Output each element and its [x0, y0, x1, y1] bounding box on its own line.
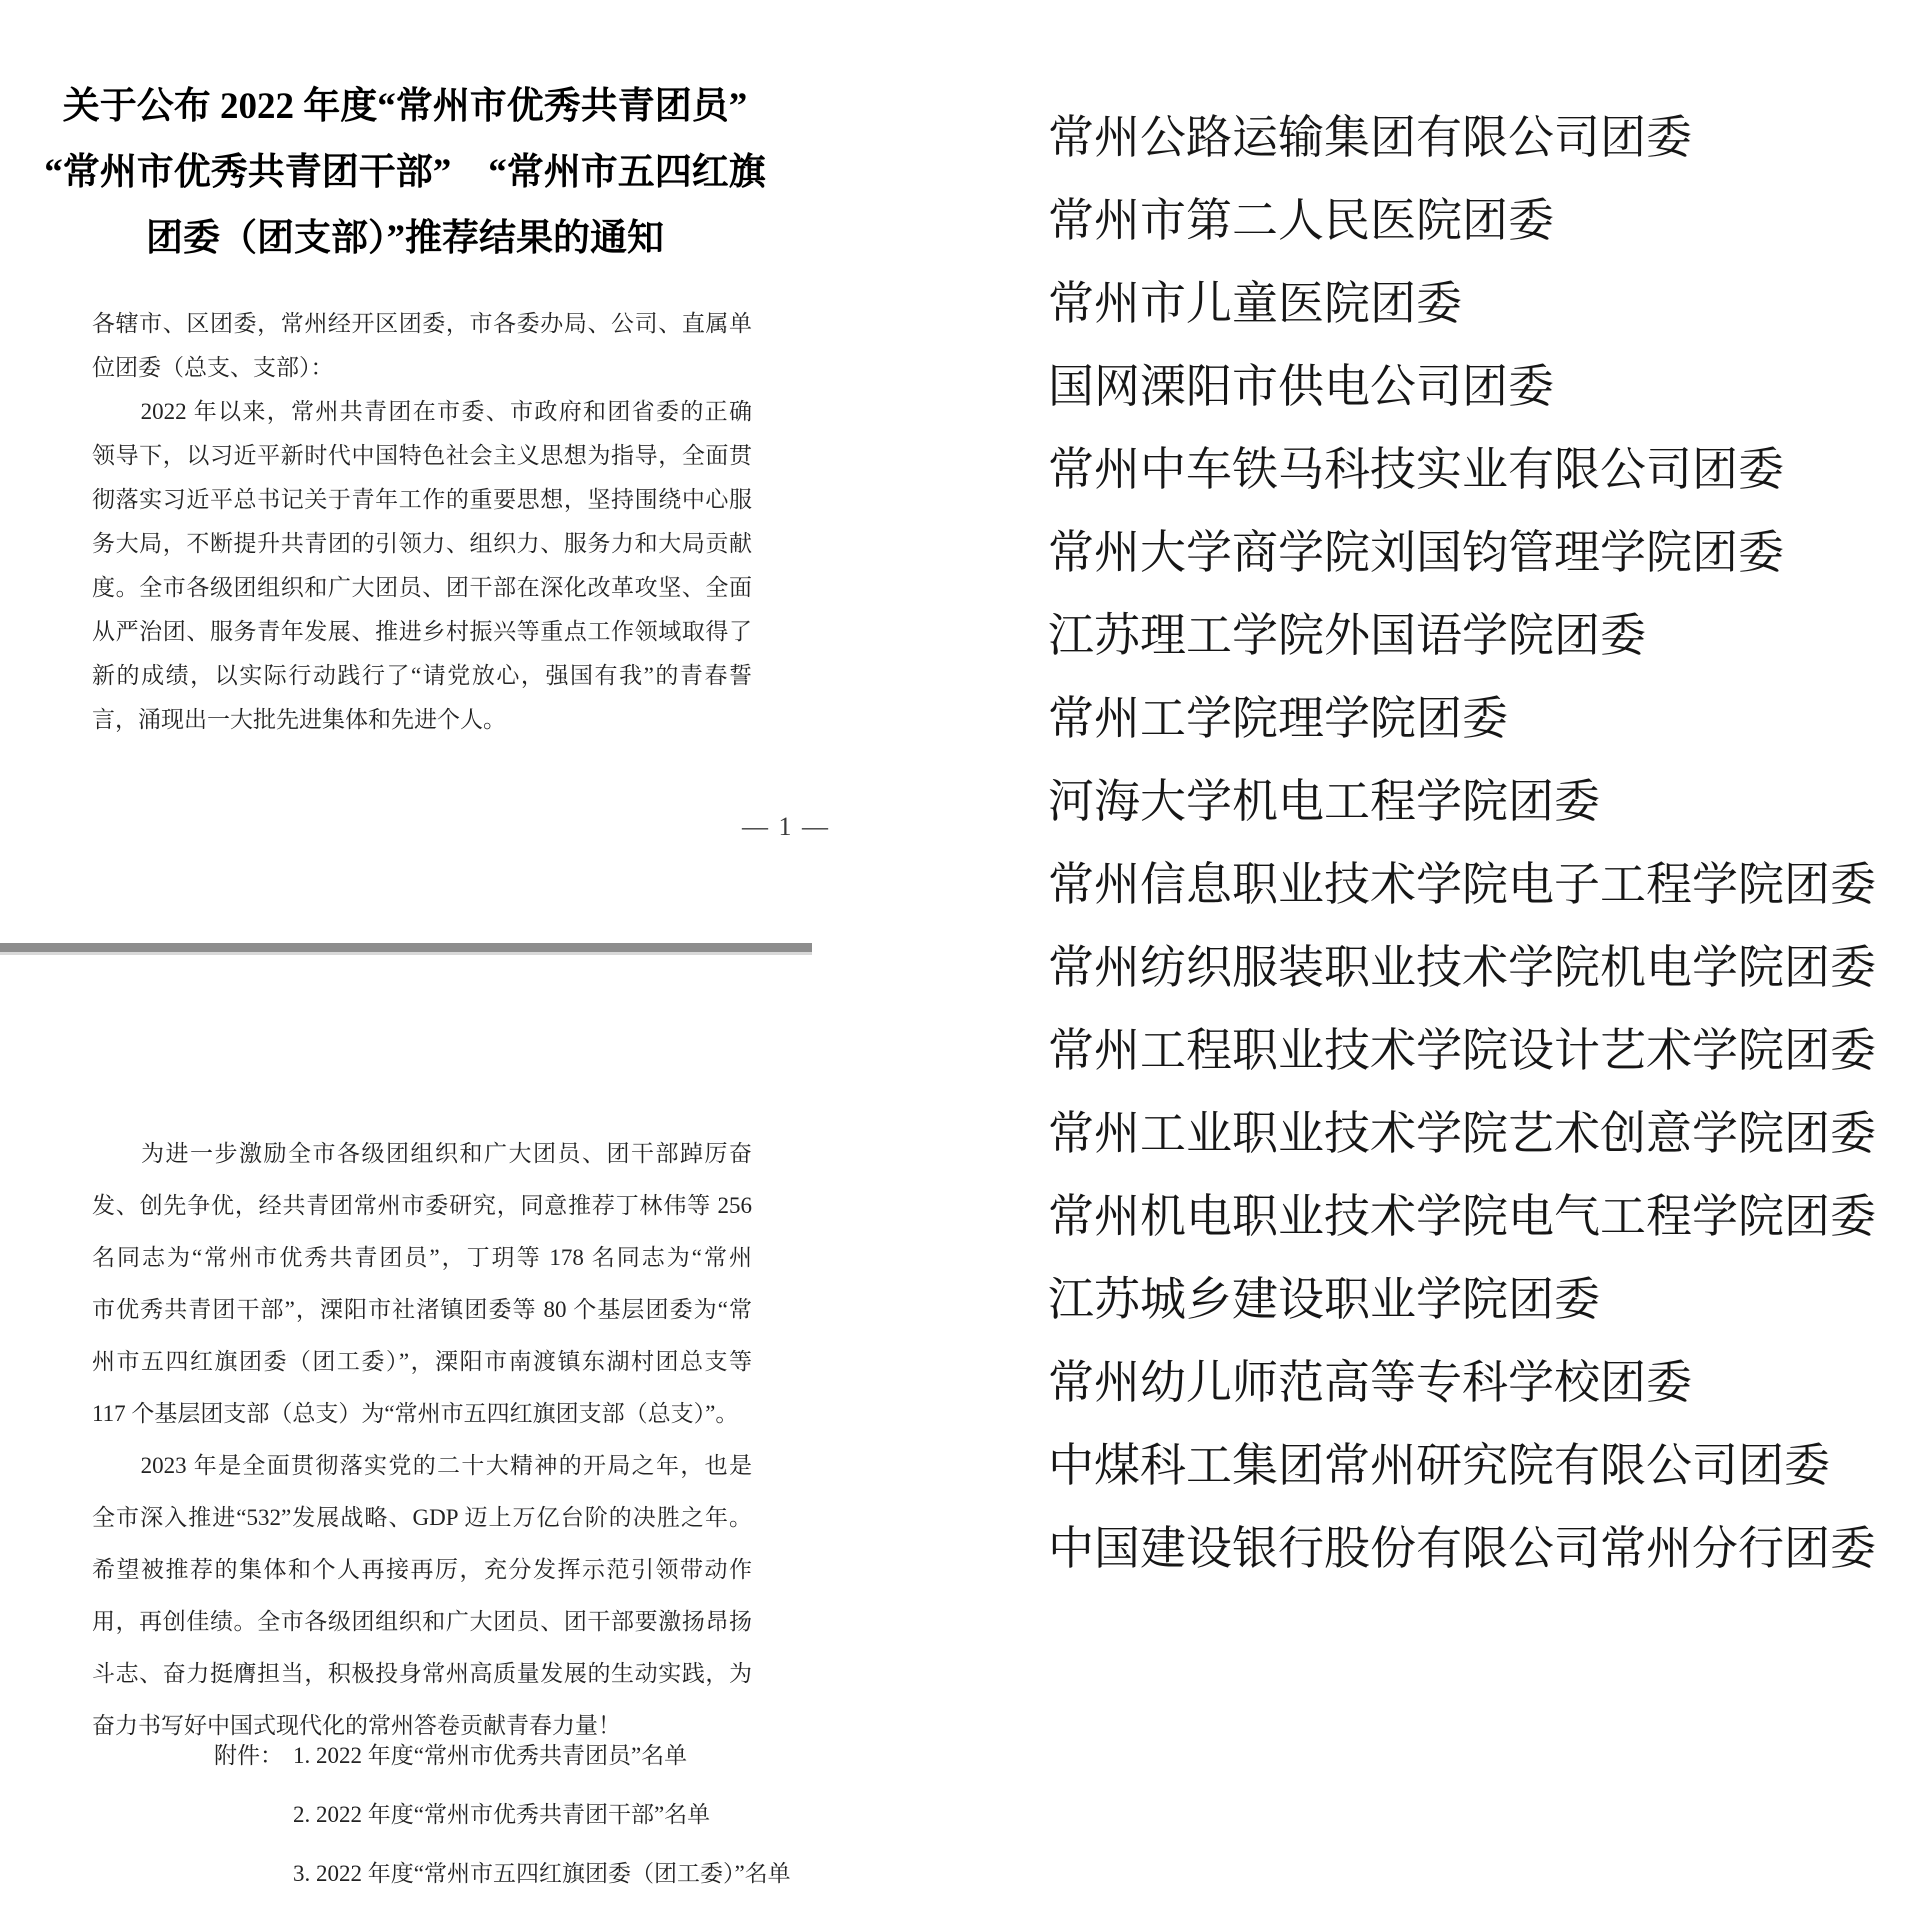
- document-line: 117 个基层团支部（总支）为“常州市五四红旗团支部（总支）”。: [92, 1388, 752, 1440]
- committee-item: 常州公路运输集团有限公司团委: [1048, 96, 1910, 179]
- document-line: 州市五四红旗团委（团工委）”，溧阳市南渡镇东湖村团总支等: [92, 1336, 752, 1388]
- document-line: 各辖市、区团委，常州经开区团委，市各委办局、公司、直属单: [92, 302, 752, 346]
- document-line: 斗志、奋力挺膺担当，积极投身常州高质量发展的生动实践，为: [92, 1648, 752, 1700]
- document-line: 全市深入推进“532”发展战略、GDP 迈上万亿台阶的决胜之年。: [92, 1492, 752, 1544]
- committee-item: 河海大学机电工程学院团委: [1048, 760, 1910, 843]
- notice-title-line: 团委（团支部）”推荐结果的通知: [36, 206, 774, 272]
- attachments-items: 1. 2022 年度“常州市优秀共青团员”名单2. 2022 年度“常州市优秀共…: [293, 1726, 791, 1903]
- attachment-item: 3. 2022 年度“常州市五四红旗团委（团工委）”名单: [293, 1844, 791, 1903]
- committee-item: 常州中车铁马科技实业有限公司团委: [1048, 428, 1910, 511]
- document-line: 从严治团、服务青年发展、推进乡村振兴等重点工作领域取得了: [92, 610, 752, 654]
- document-line: 务大局，不断提升共青团的引领力、组织力、服务力和大局贡献: [92, 522, 752, 566]
- document-line: 言，涌现出一大批先进集体和先进个人。: [92, 698, 752, 742]
- attachment-item: 2. 2022 年度“常州市优秀共青团干部”名单: [293, 1785, 791, 1844]
- document-line: 新的成绩，以实际行动践行了“请党放心，强国有我”的青春誓: [92, 654, 752, 698]
- committee-item: 常州纺织服装职业技术学院机电学院团委: [1048, 926, 1910, 1009]
- committee-item: 常州大学商学院刘国钧管理学院团委: [1048, 511, 1910, 594]
- committee-list: 常州公路运输集团有限公司团委常州市第二人民医院团委常州市儿童医院团委国网溧阳市供…: [1048, 96, 1910, 1590]
- document-line: 用，再创佳绩。全市各级团组织和广大团员、团干部要激扬昂扬: [92, 1596, 752, 1648]
- committee-item: 常州工程职业技术学院设计艺术学院团委: [1048, 1009, 1910, 1092]
- notice-title: 关于公布 2022 年度“常州市优秀共青团员”“常州市优秀共青团干部” “常州市…: [36, 74, 774, 272]
- page-number: — 1 —: [742, 812, 830, 842]
- document-line: 度。全市各级团组织和广大团员、团干部在深化改革攻坚、全面: [92, 566, 752, 610]
- committee-item: 中煤科工集团常州研究院有限公司团委: [1048, 1424, 1910, 1507]
- attachment-item: 1. 2022 年度“常州市优秀共青团员”名单: [293, 1726, 791, 1785]
- document-line: 彻落实习近平总书记关于青年工作的重要思想，坚持围绕中心服: [92, 478, 752, 522]
- page-divider: [0, 943, 812, 955]
- document-line: 位团委（总支、支部）：: [92, 346, 752, 390]
- document-line: 为进一步激励全市各级团组织和广大团员、团干部踔厉奋: [92, 1128, 752, 1180]
- committee-item: 江苏城乡建设职业学院团委: [1048, 1258, 1910, 1341]
- page2-body: 为进一步激励全市各级团组织和广大团员、团干部踔厉奋发、创先争优，经共青团常州市委…: [92, 1128, 752, 1752]
- committee-item: 常州机电职业技术学院电气工程学院团委: [1048, 1175, 1910, 1258]
- committee-item: 中国建设银行股份有限公司常州分行团委: [1048, 1507, 1910, 1590]
- document-scan: 关于公布 2022 年度“常州市优秀共青团员”“常州市优秀共青团干部” “常州市…: [0, 0, 1920, 1920]
- attachments-label: 附件：: [214, 1726, 283, 1785]
- committee-item: 江苏理工学院外国语学院团委: [1048, 594, 1910, 677]
- document-line: 名同志为“常州市优秀共青团员”，丁玥等 178 名同志为“常州: [92, 1232, 752, 1284]
- document-line: 市优秀共青团干部”，溧阳市社渚镇团委等 80 个基层团委为“常: [92, 1284, 752, 1336]
- attachments-block: 附件： 1. 2022 年度“常州市优秀共青团员”名单2. 2022 年度“常州…: [214, 1726, 791, 1903]
- committee-item: 常州市第二人民医院团委: [1048, 179, 1910, 262]
- committee-item: 常州市儿童医院团委: [1048, 262, 1910, 345]
- committee-item: 常州工业职业技术学院艺术创意学院团委: [1048, 1092, 1910, 1175]
- document-line: 发、创先争优，经共青团常州市委研究，同意推荐丁林伟等 256: [92, 1180, 752, 1232]
- committee-item: 常州幼儿师范高等专科学校团委: [1048, 1341, 1910, 1424]
- notice-title-line: 关于公布 2022 年度“常州市优秀共青团员”: [36, 74, 774, 140]
- document-line: 希望被推荐的集体和个人再接再厉，充分发挥示范引领带动作: [92, 1544, 752, 1596]
- committee-item: 常州工学院理学院团委: [1048, 677, 1910, 760]
- page1-body: 各辖市、区团委，常州经开区团委，市各委办局、公司、直属单位团委（总支、支部）： …: [92, 302, 752, 742]
- committee-item: 国网溧阳市供电公司团委: [1048, 345, 1910, 428]
- document-line: 领导下，以习近平新时代中国特色社会主义思想为指导，全面贯: [92, 434, 752, 478]
- notice-title-line: “常州市优秀共青团干部” “常州市五四红旗: [36, 140, 774, 206]
- committee-item: 常州信息职业技术学院电子工程学院团委: [1048, 843, 1910, 926]
- document-line: 2022 年以来，常州共青团在市委、市政府和团省委的正确: [92, 390, 752, 434]
- document-line: 2023 年是全面贯彻落实党的二十大精神的开局之年，也是: [92, 1440, 752, 1492]
